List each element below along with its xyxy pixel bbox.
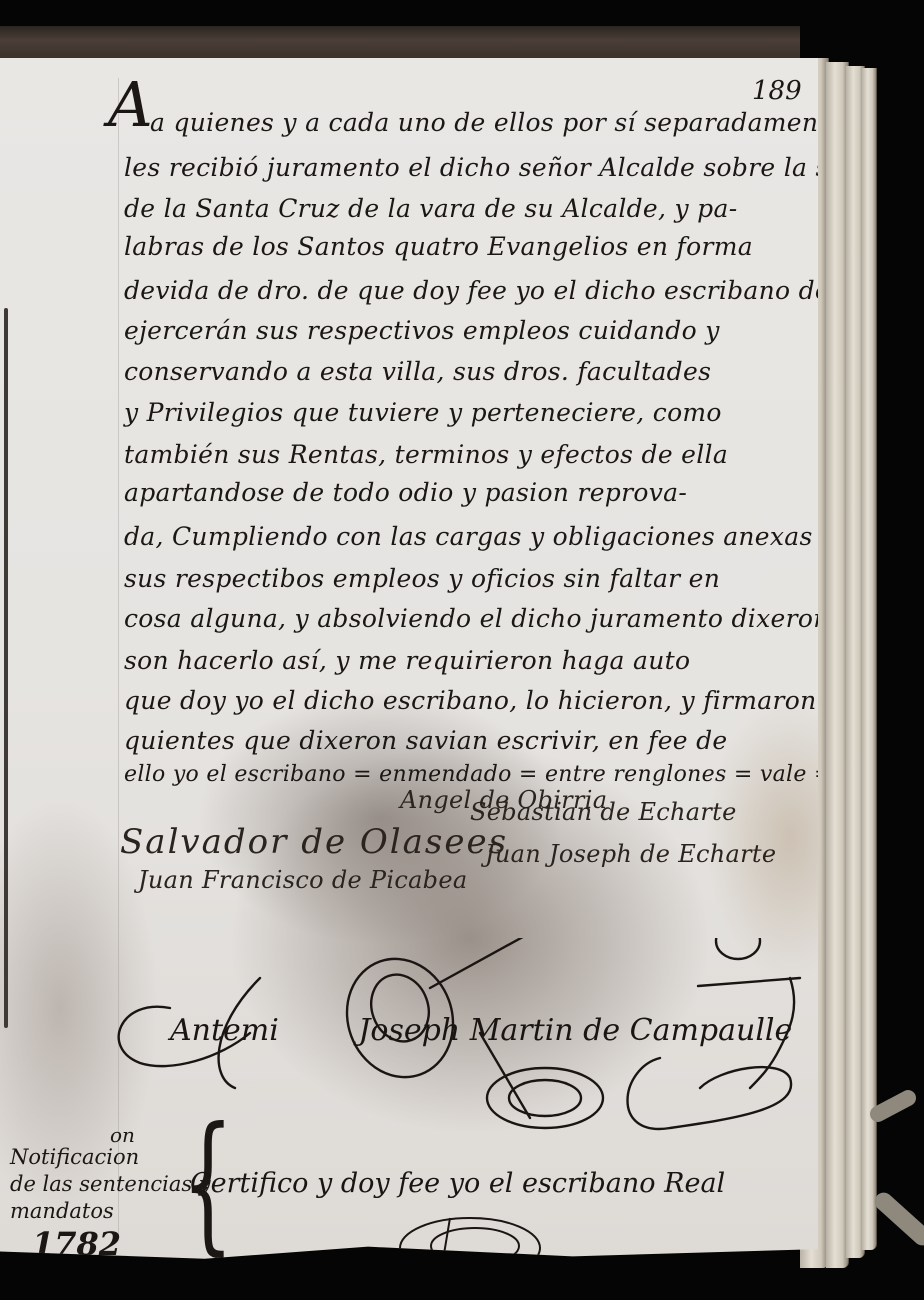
notary-signature: Antemi Joseph Martin de Campaulle <box>170 1013 792 1048</box>
page-edge <box>862 68 877 1250</box>
binding-strip <box>0 26 800 58</box>
text-line: sus respectibos empleos y oficios sin fa… <box>124 564 720 593</box>
text-line: devida de dro. de que doy fee yo el dich… <box>124 276 886 305</box>
text-line: labras de los Santos quatro Evangelios e… <box>124 232 753 261</box>
decorated-initial: A <box>108 68 153 141</box>
text-line: da, Cumpliendo con las cargas y obligaci… <box>124 522 836 551</box>
text-line: a quienes y a cada uno de ellos por sí s… <box>150 108 844 137</box>
text-line: conservando a esta villa, sus dros. facu… <box>124 357 711 386</box>
text-line: ello yo el escribano = enmendado = entre… <box>124 762 833 787</box>
text-line: quientes que dixeron savian escrivir, en… <box>124 726 728 755</box>
text-line: que doy yo el dicho escribano, lo hicier… <box>124 686 921 715</box>
text-line: les recibió juramento el dicho señor Alc… <box>124 153 884 182</box>
margin-note: on Notificacion de las sentencias y mand… <box>10 1126 160 1263</box>
certification-text: Certifico y doy fee yo el escribano Real <box>190 1168 725 1199</box>
folio-number: 189 <box>752 76 802 106</box>
margin-note-aside: on <box>110 1126 160 1144</box>
signature-name: Salvador de Olasees <box>120 822 508 862</box>
manuscript-page: 189 A a quienes y a cada uno de ellos po… <box>0 58 818 1266</box>
notary-name: Joseph Martin de Campaulle <box>358 1013 792 1048</box>
text-line: también sus Rentas, terminos y efectos d… <box>124 440 728 469</box>
gutter-line <box>4 308 8 1028</box>
margin-note-line: mandatos <box>10 1198 160 1225</box>
signature-name: Sebastian de Echarte <box>470 798 737 826</box>
certification-line: Certifico y doy fee yo el escribano Real <box>190 1168 725 1199</box>
text-line: cosa alguna, y absolviendo el dicho jura… <box>124 604 830 633</box>
text-line: ejercerán sus respectivos empleos cuidan… <box>124 316 720 345</box>
margin-note-year: 1782 <box>32 1225 160 1263</box>
notary-antemi: Antemi <box>170 1013 279 1048</box>
text-line: son hacerlo así, y me requirieron haga a… <box>124 646 690 675</box>
signature-name: Juan Joseph de Echarte <box>485 840 776 868</box>
margin-note-line: de las sentencias y <box>10 1171 160 1198</box>
margin-note-line: Notificacion <box>10 1144 160 1171</box>
text-line: y Privilegios que tuviere y perteneciere… <box>124 398 722 427</box>
rubric-flourish-icon <box>380 1208 560 1288</box>
text-line: de la Santa Cruz de la vara de su Alcald… <box>124 194 737 223</box>
text-line: apartandose de todo odio y pasion reprov… <box>124 478 687 507</box>
signature-name: Juan Francisco de Picabea <box>138 866 467 894</box>
